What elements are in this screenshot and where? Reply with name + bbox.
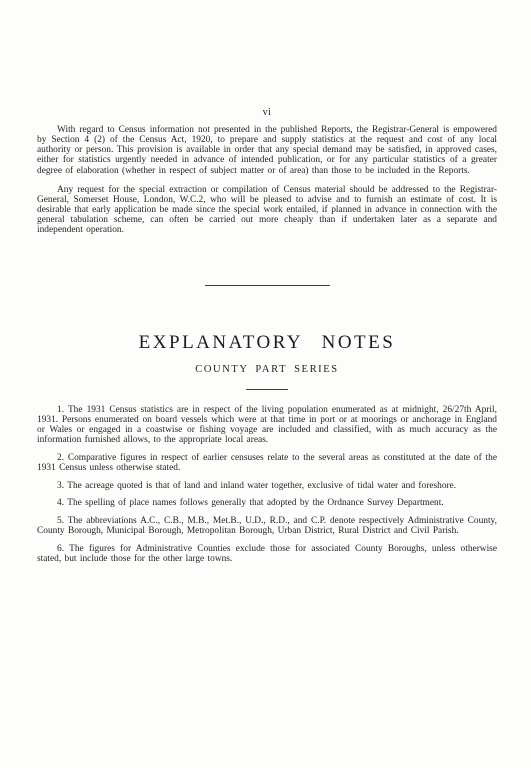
note-item-4: 4. The spelling of place names follows g… bbox=[37, 498, 497, 508]
intro-paragraph-1: With regard to Census information not pr… bbox=[37, 125, 497, 176]
page-subtitle: COUNTY PART SERIES bbox=[37, 364, 497, 375]
note-item-2: 2. Comparative figures in respect of ear… bbox=[37, 453, 497, 473]
note-text: The 1931 Census statistics are in respec… bbox=[37, 405, 497, 445]
section-divider bbox=[205, 285, 330, 286]
text-block: vi With regard to Census information not… bbox=[0, 0, 531, 564]
intro-paragraph-2: Any request for the special extraction o… bbox=[37, 185, 497, 236]
note-text: The spelling of place names follows gene… bbox=[67, 498, 443, 508]
note-text: The figures for Administrative Counties … bbox=[37, 544, 497, 564]
note-text: The abbreviations A.C., C.B., M.B., Met.… bbox=[37, 516, 497, 536]
note-number: 6. bbox=[57, 544, 64, 554]
subheading-divider bbox=[246, 389, 288, 390]
note-item-1: 1. The 1931 Census statistics are in res… bbox=[37, 405, 497, 446]
note-item-6: 6. The figures for Administrative Counti… bbox=[37, 544, 497, 564]
note-number: 2. bbox=[57, 453, 64, 463]
note-item-5: 5. The abbreviations A.C., C.B., M.B., M… bbox=[37, 516, 497, 536]
note-item-3: 3. The acreage quoted is that of land an… bbox=[37, 481, 497, 491]
note-number: 3. bbox=[57, 481, 64, 491]
scanned-document-page: vi With regard to Census information not… bbox=[0, 0, 531, 768]
note-number: 1. bbox=[57, 405, 64, 415]
page-number: vi bbox=[37, 107, 497, 118]
notes-list: 1. The 1931 Census statistics are in res… bbox=[37, 405, 497, 564]
note-text: The acreage quoted is that of land and i… bbox=[67, 481, 456, 491]
note-number: 4. bbox=[57, 498, 64, 508]
page-title: EXPLANATORY NOTES bbox=[37, 332, 497, 354]
note-number: 5. bbox=[57, 516, 64, 526]
note-text: Comparative figures in respect of earlie… bbox=[37, 453, 497, 473]
